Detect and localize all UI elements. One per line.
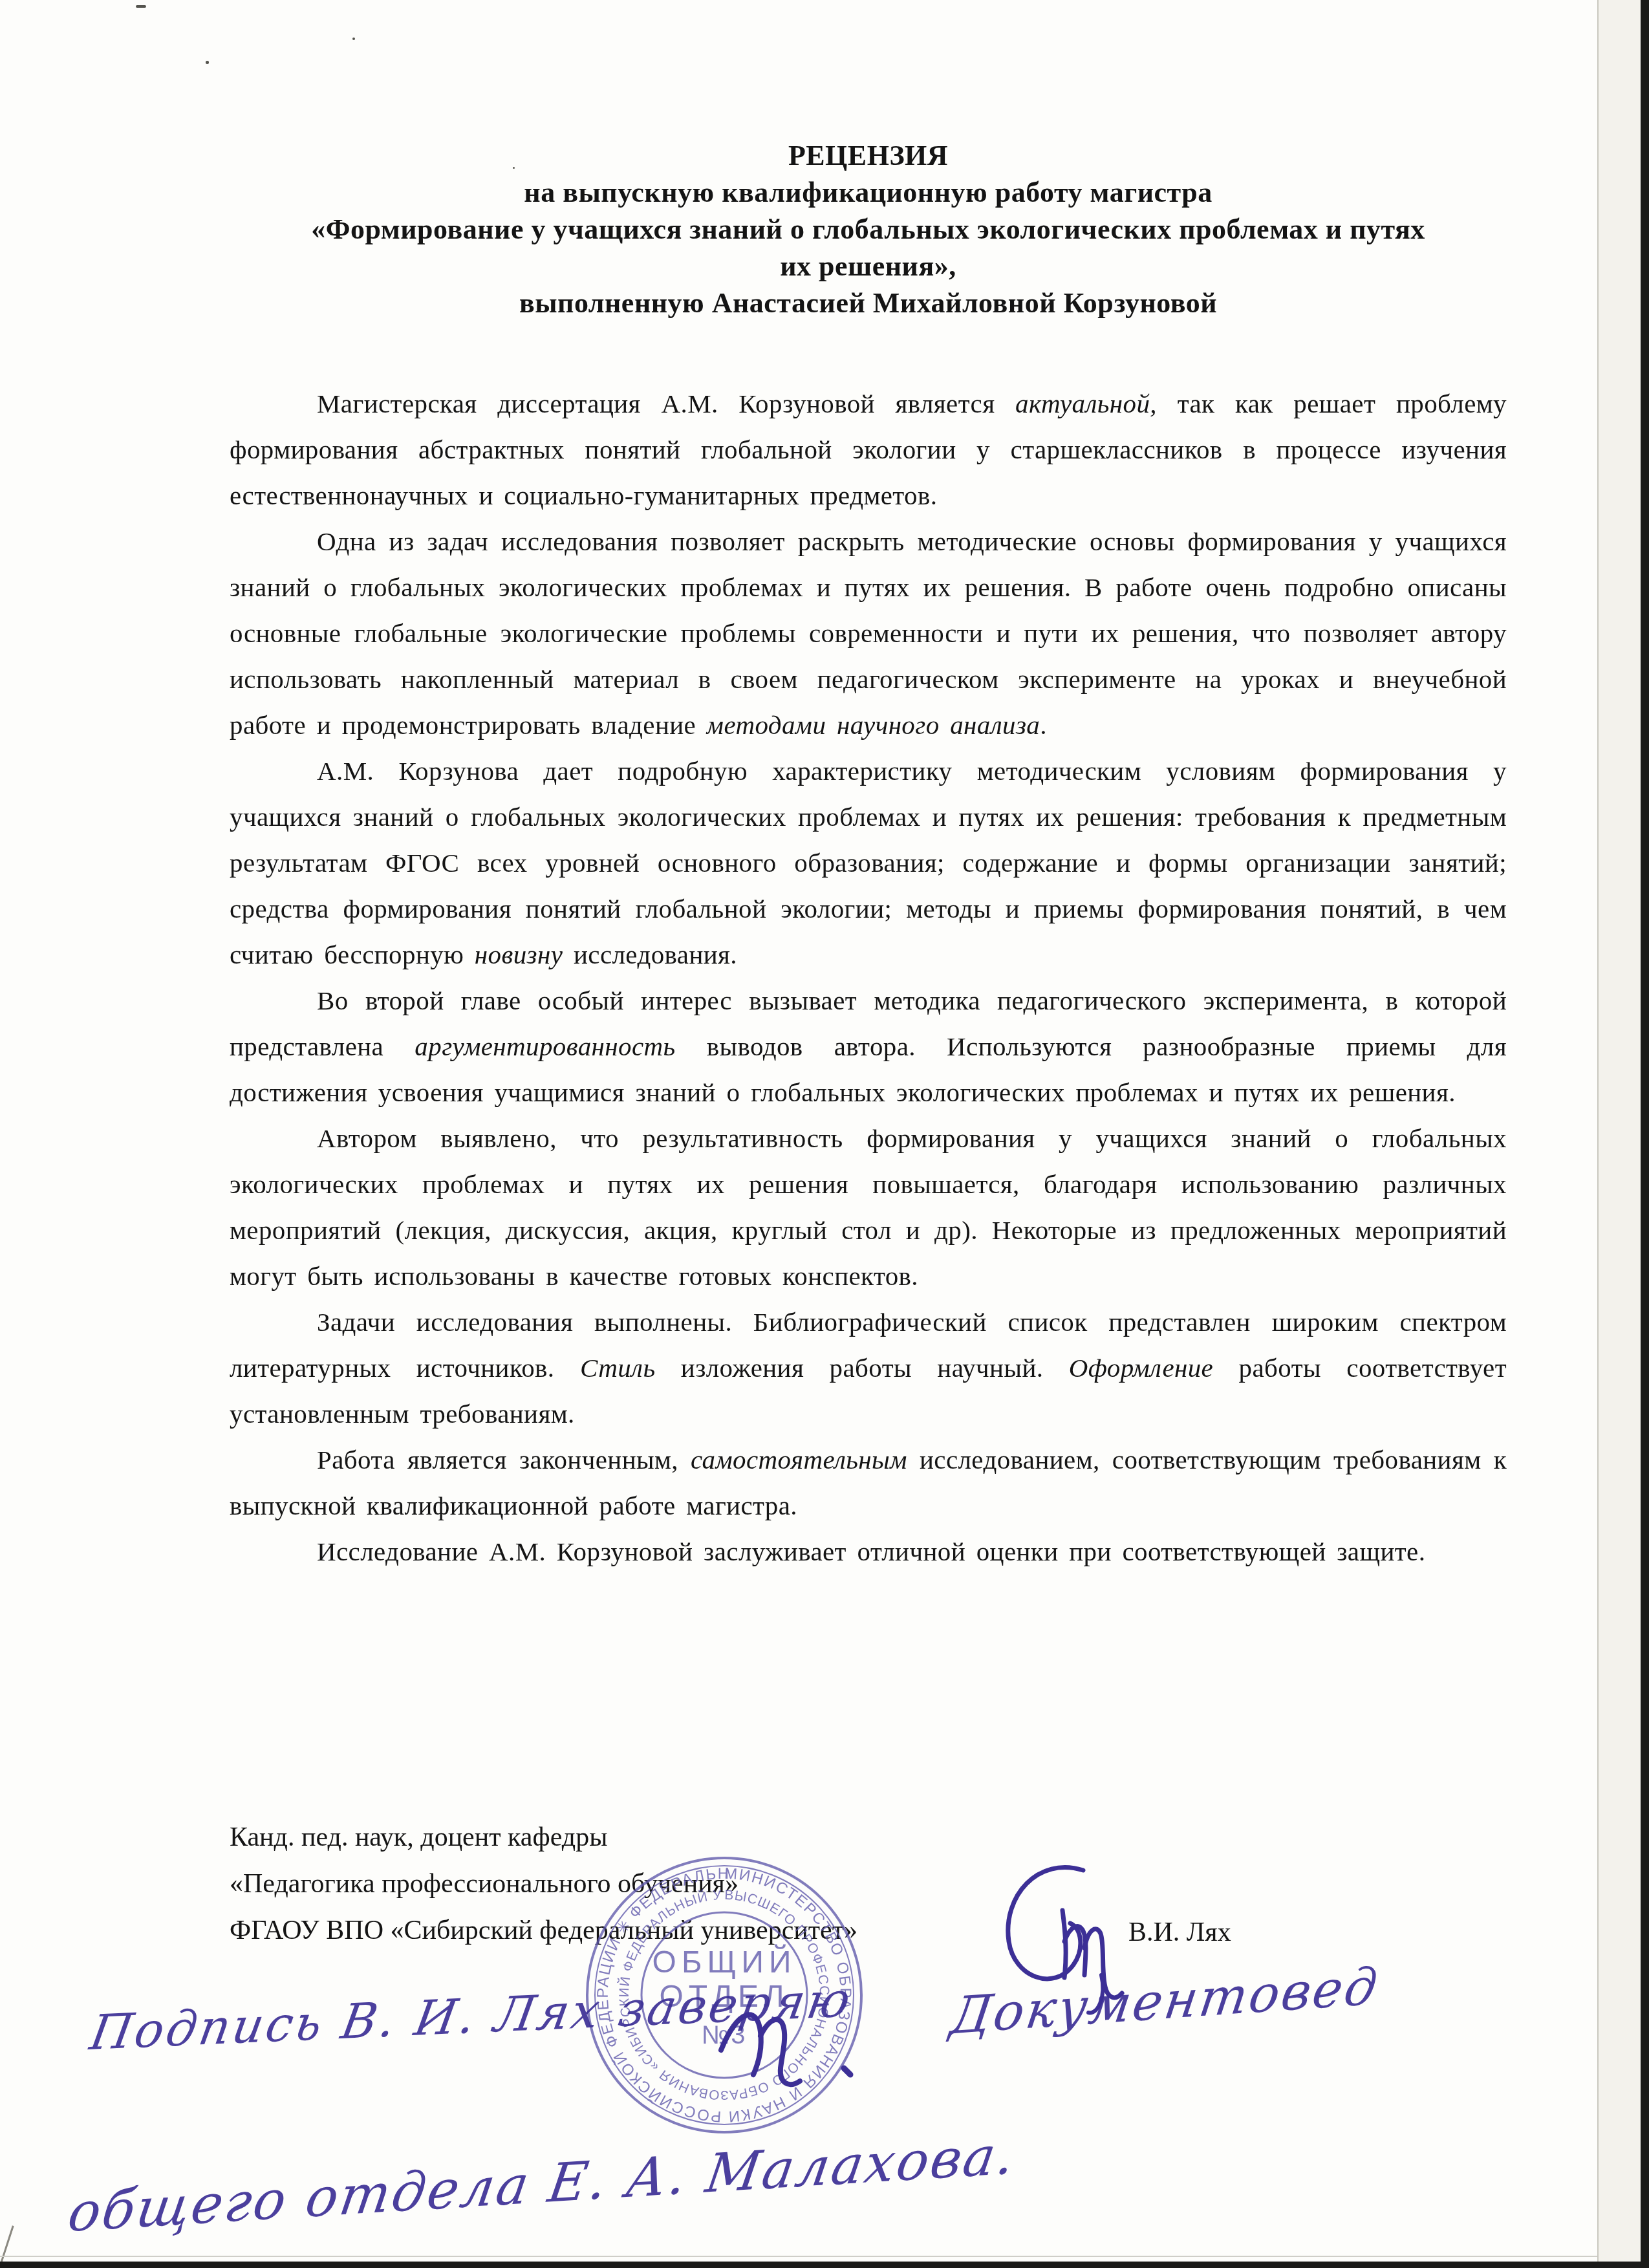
paragraph-italic-segment: Оформление bbox=[1069, 1353, 1213, 1383]
title-block: РЕЦЕНЗИЯ на выпускную квалификационную р… bbox=[230, 137, 1507, 321]
page-right-margin-strip bbox=[1599, 0, 1641, 2268]
page-bottom-edge-line bbox=[0, 2256, 1597, 2257]
scanner-edge-bottom bbox=[0, 2262, 1649, 2268]
title-subline-3: их решения», bbox=[230, 248, 1507, 285]
paragraph-italic-segment: новизну bbox=[475, 940, 563, 969]
body-paragraphs: Магистерская диссертация А.М. Корзуновой… bbox=[230, 381, 1507, 1575]
paragraph-italic-segment: самостоятельным bbox=[691, 1445, 907, 1474]
document-title: РЕЦЕНЗИЯ bbox=[230, 137, 1507, 174]
paragraph-segment: изложения работы научный. bbox=[655, 1353, 1068, 1383]
handwritten-note-line-2: общего отдела Е. А. Малахова. bbox=[64, 2124, 1020, 2245]
title-subline-2: «Формирование у учащихся знаний о глобал… bbox=[230, 211, 1507, 248]
scan-speck bbox=[352, 38, 355, 40]
scanned-review-page: РЕЦЕНЗИЯ на выпускную квалификационную р… bbox=[0, 0, 1649, 2268]
paragraph: Работа является законченным, самостоятел… bbox=[230, 1437, 1507, 1529]
paragraph-italic-segment: Стиль bbox=[580, 1353, 656, 1383]
paragraph-italic-segment: аргументированность bbox=[415, 1031, 675, 1061]
paragraph-segment: Одна из задач исследования позволяет рас… bbox=[230, 526, 1507, 740]
paragraph: Одна из задач исследования позволяет рас… bbox=[230, 519, 1507, 748]
scan-speck bbox=[206, 61, 209, 64]
paragraph-segment: Работа является законченным, bbox=[317, 1445, 691, 1474]
title-subline-1: на выпускную квалификационную работу маг… bbox=[230, 174, 1507, 211]
paragraph: Автором выявлено, что результативность ф… bbox=[230, 1116, 1507, 1299]
scanner-edge-right bbox=[1641, 0, 1649, 2268]
scan-speck bbox=[136, 5, 146, 8]
paragraph-segment: исследования. bbox=[563, 940, 737, 969]
paragraph-italic-segment: актуальной, bbox=[1015, 389, 1157, 418]
paragraph: Задачи исследования выполнены. Библиогра… bbox=[230, 1299, 1507, 1437]
document-content: РЕЦЕНЗИЯ на выпускную квалификационную р… bbox=[230, 137, 1507, 1575]
paragraph-segment: Магистерская диссертация А.М. Корзуновой… bbox=[317, 389, 1015, 418]
paragraph: Во второй главе особый интерес вызывает … bbox=[230, 978, 1507, 1116]
paragraph-segment: Исследование А.М. Корзуновой заслуживает… bbox=[317, 1537, 1425, 1566]
paragraph: Исследование А.М. Корзуновой заслуживает… bbox=[230, 1529, 1507, 1575]
paragraph-italic-segment: методами научного анализа bbox=[707, 710, 1040, 740]
paragraph: А.М. Корзунова дает подробную характерис… bbox=[230, 748, 1507, 978]
paragraph-segment: Автором выявлено, что результативность ф… bbox=[230, 1123, 1507, 1291]
reviewer-name: В.И. Лях bbox=[1128, 1909, 1231, 1956]
paragraph-segment: А.М. Корзунова дает подробную характерис… bbox=[230, 756, 1507, 969]
title-subline-4: выполненную Анастасией Михайловной Корзу… bbox=[230, 285, 1507, 321]
paragraph: Магистерская диссертация А.М. Корзуновой… bbox=[230, 381, 1507, 519]
paragraph-segment: . bbox=[1040, 710, 1047, 740]
